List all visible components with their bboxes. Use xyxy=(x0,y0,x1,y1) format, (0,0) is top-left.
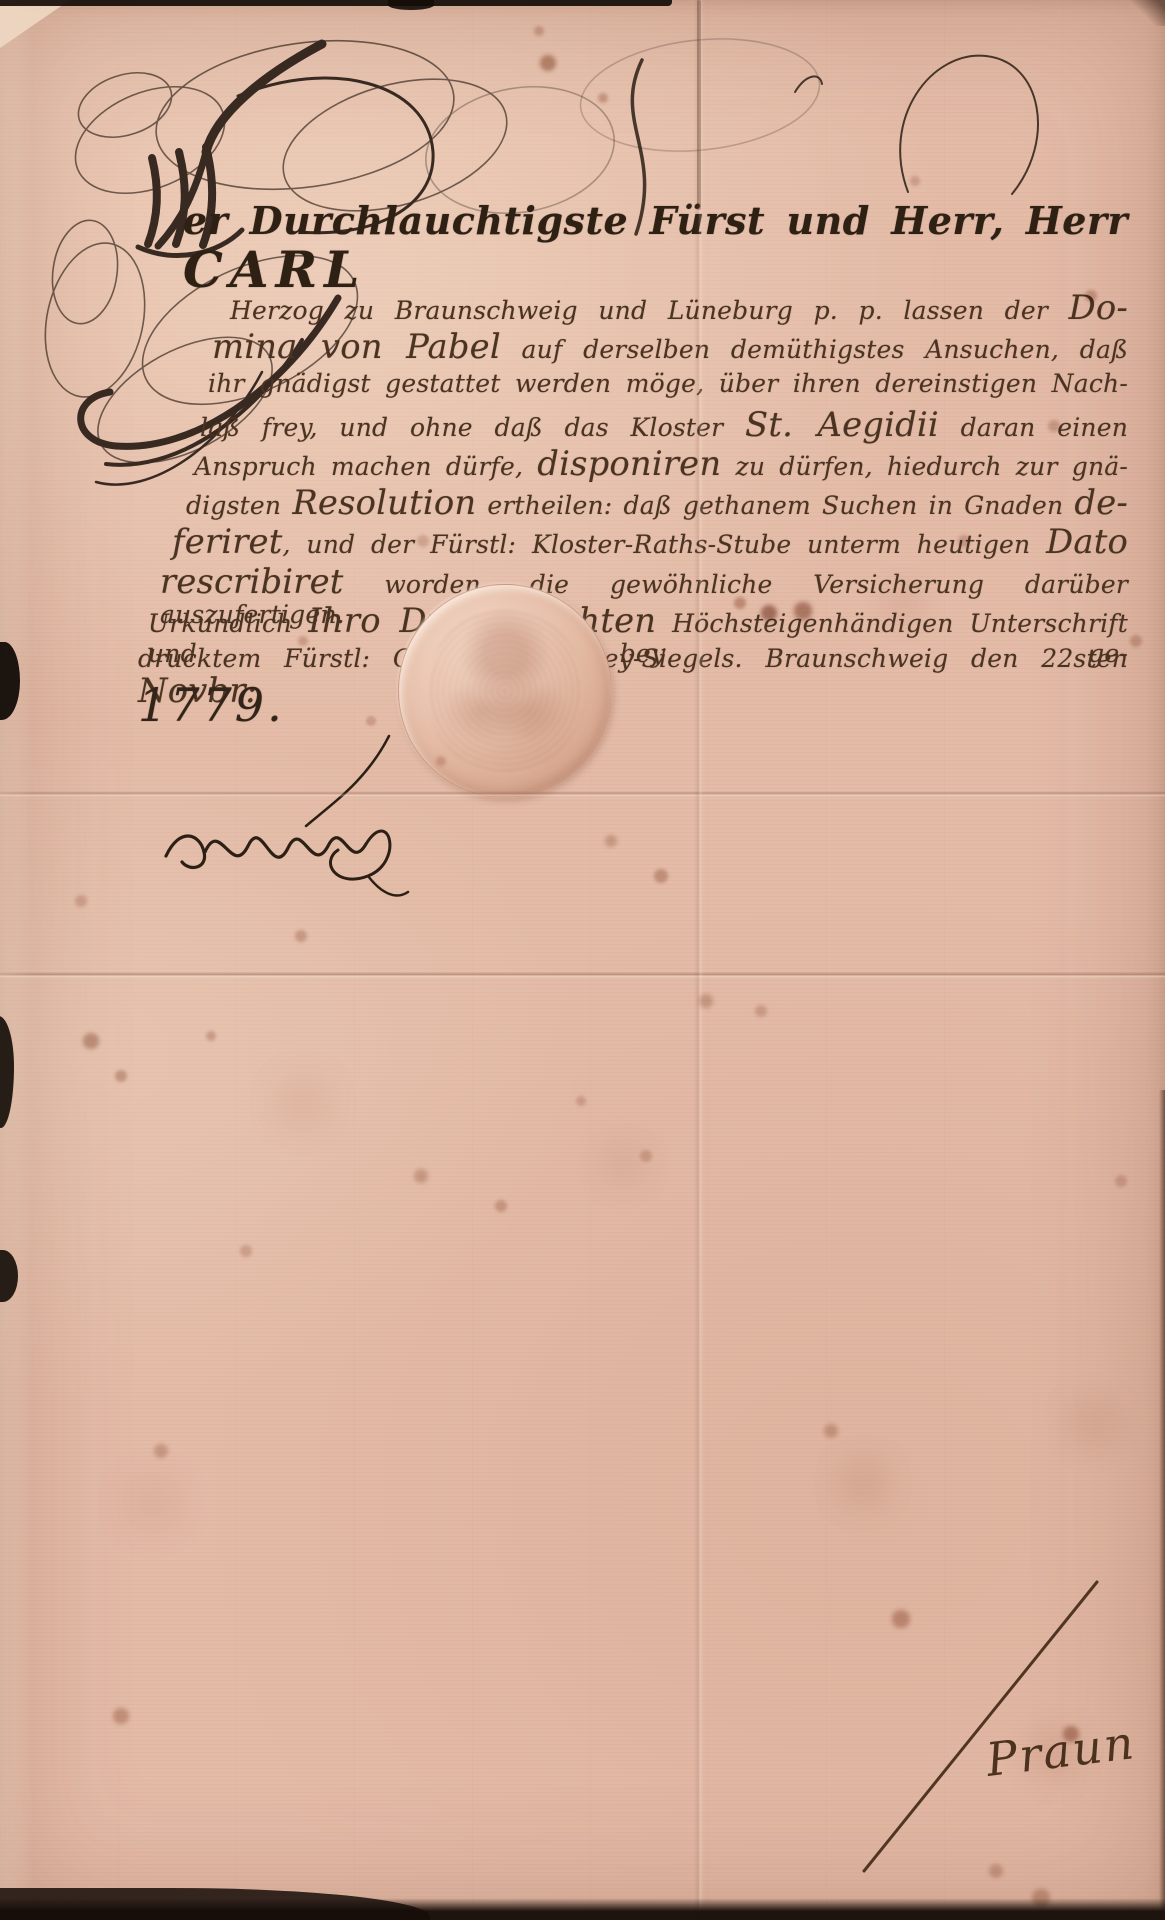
dark-right-edge xyxy=(1159,1090,1165,1920)
horizontal-fold-crease xyxy=(0,791,1165,797)
vertical-fold-crease-top xyxy=(697,0,701,210)
body-line: Herzog zu Braunschweig und Lüneburg p. p… xyxy=(230,291,1128,326)
body-line-segment: feriret xyxy=(172,522,282,561)
heading-princely-name: CARL xyxy=(183,240,366,299)
body-line-segment: drucktem Fürstl: Geheimen-Canzley-Siegel… xyxy=(138,644,1128,673)
body-line-segment: zu dürfen, hiedurch zur gnä- xyxy=(721,452,1128,481)
manuscript-page: er Durchlauchtigste Fürst und Herr, Herr… xyxy=(0,0,1165,1920)
dark-top-edge xyxy=(0,0,672,6)
top-edge-mark xyxy=(388,0,434,10)
embossed-seal xyxy=(398,584,612,798)
body-line: digsten Resolution ertheilen: daß gethan… xyxy=(186,486,1128,521)
body-line-segment: mina von Pabel xyxy=(212,327,501,366)
seal-coat-of-arms xyxy=(427,607,583,775)
document-heading: er Durchlauchtigste Fürst und Herr, Herr… xyxy=(183,200,1128,297)
body-line: ihr gnädigst gestattet werden möge, über… xyxy=(208,369,1128,399)
date-year: 1779. xyxy=(138,682,285,728)
horizontal-fold-crease xyxy=(0,972,1165,978)
body-line-segment: laß frey, und ohne daß das Kloster xyxy=(200,413,745,442)
body-line-segment: digsten xyxy=(186,491,292,520)
body-line: Anspruch machen dürfe, disponiren zu dür… xyxy=(194,447,1128,482)
body-line-segment: ertheilen: daß gethanem Suchen in Gnaden xyxy=(476,491,1074,520)
body-line-segment: Dato xyxy=(1046,522,1128,561)
body-line-segment: Urkundlich xyxy=(148,609,308,638)
body-line-segment: de- xyxy=(1074,483,1128,522)
body-line: drucktem Fürstl: Geheimen-Canzley-Siegel… xyxy=(138,644,1128,708)
body-line: laß frey, und ohne daß das Kloster St. A… xyxy=(200,408,1128,443)
body-line-segment: Anspruch machen dürfe, xyxy=(194,452,537,481)
body-line-segment: rescribiret xyxy=(160,562,344,601)
body-line-segment: Resolution xyxy=(292,483,476,522)
body-line-segment: daran einen xyxy=(939,413,1128,442)
body-line-segment: ihr gnädigst gestattet werden möge, über… xyxy=(208,369,1128,398)
vertical-fold-crease xyxy=(694,0,704,1920)
body-line-segment: auf derselben demüthigstes Ansuchen, daß xyxy=(501,335,1128,364)
body-line: feriret, und der Fürstl: Kloster-Raths-S… xyxy=(172,525,1128,560)
heading-text: er Durchlauchtigste Fürst und Herr, Herr xyxy=(183,198,1128,243)
body-line-segment: Herzog zu Braunschweig und Lüneburg p. p… xyxy=(230,296,1069,325)
body-line-segment: St. Aegidii xyxy=(745,405,939,444)
body-line: mina von Pabel auf derselben demüthigste… xyxy=(212,330,1128,365)
body-line-segment: Do- xyxy=(1069,288,1128,327)
body-line-segment: , und der Fürstl: Kloster-Raths-Stube un… xyxy=(282,530,1046,559)
left-edge-highlight xyxy=(0,0,34,1920)
dark-corner-top-right xyxy=(1125,0,1165,26)
